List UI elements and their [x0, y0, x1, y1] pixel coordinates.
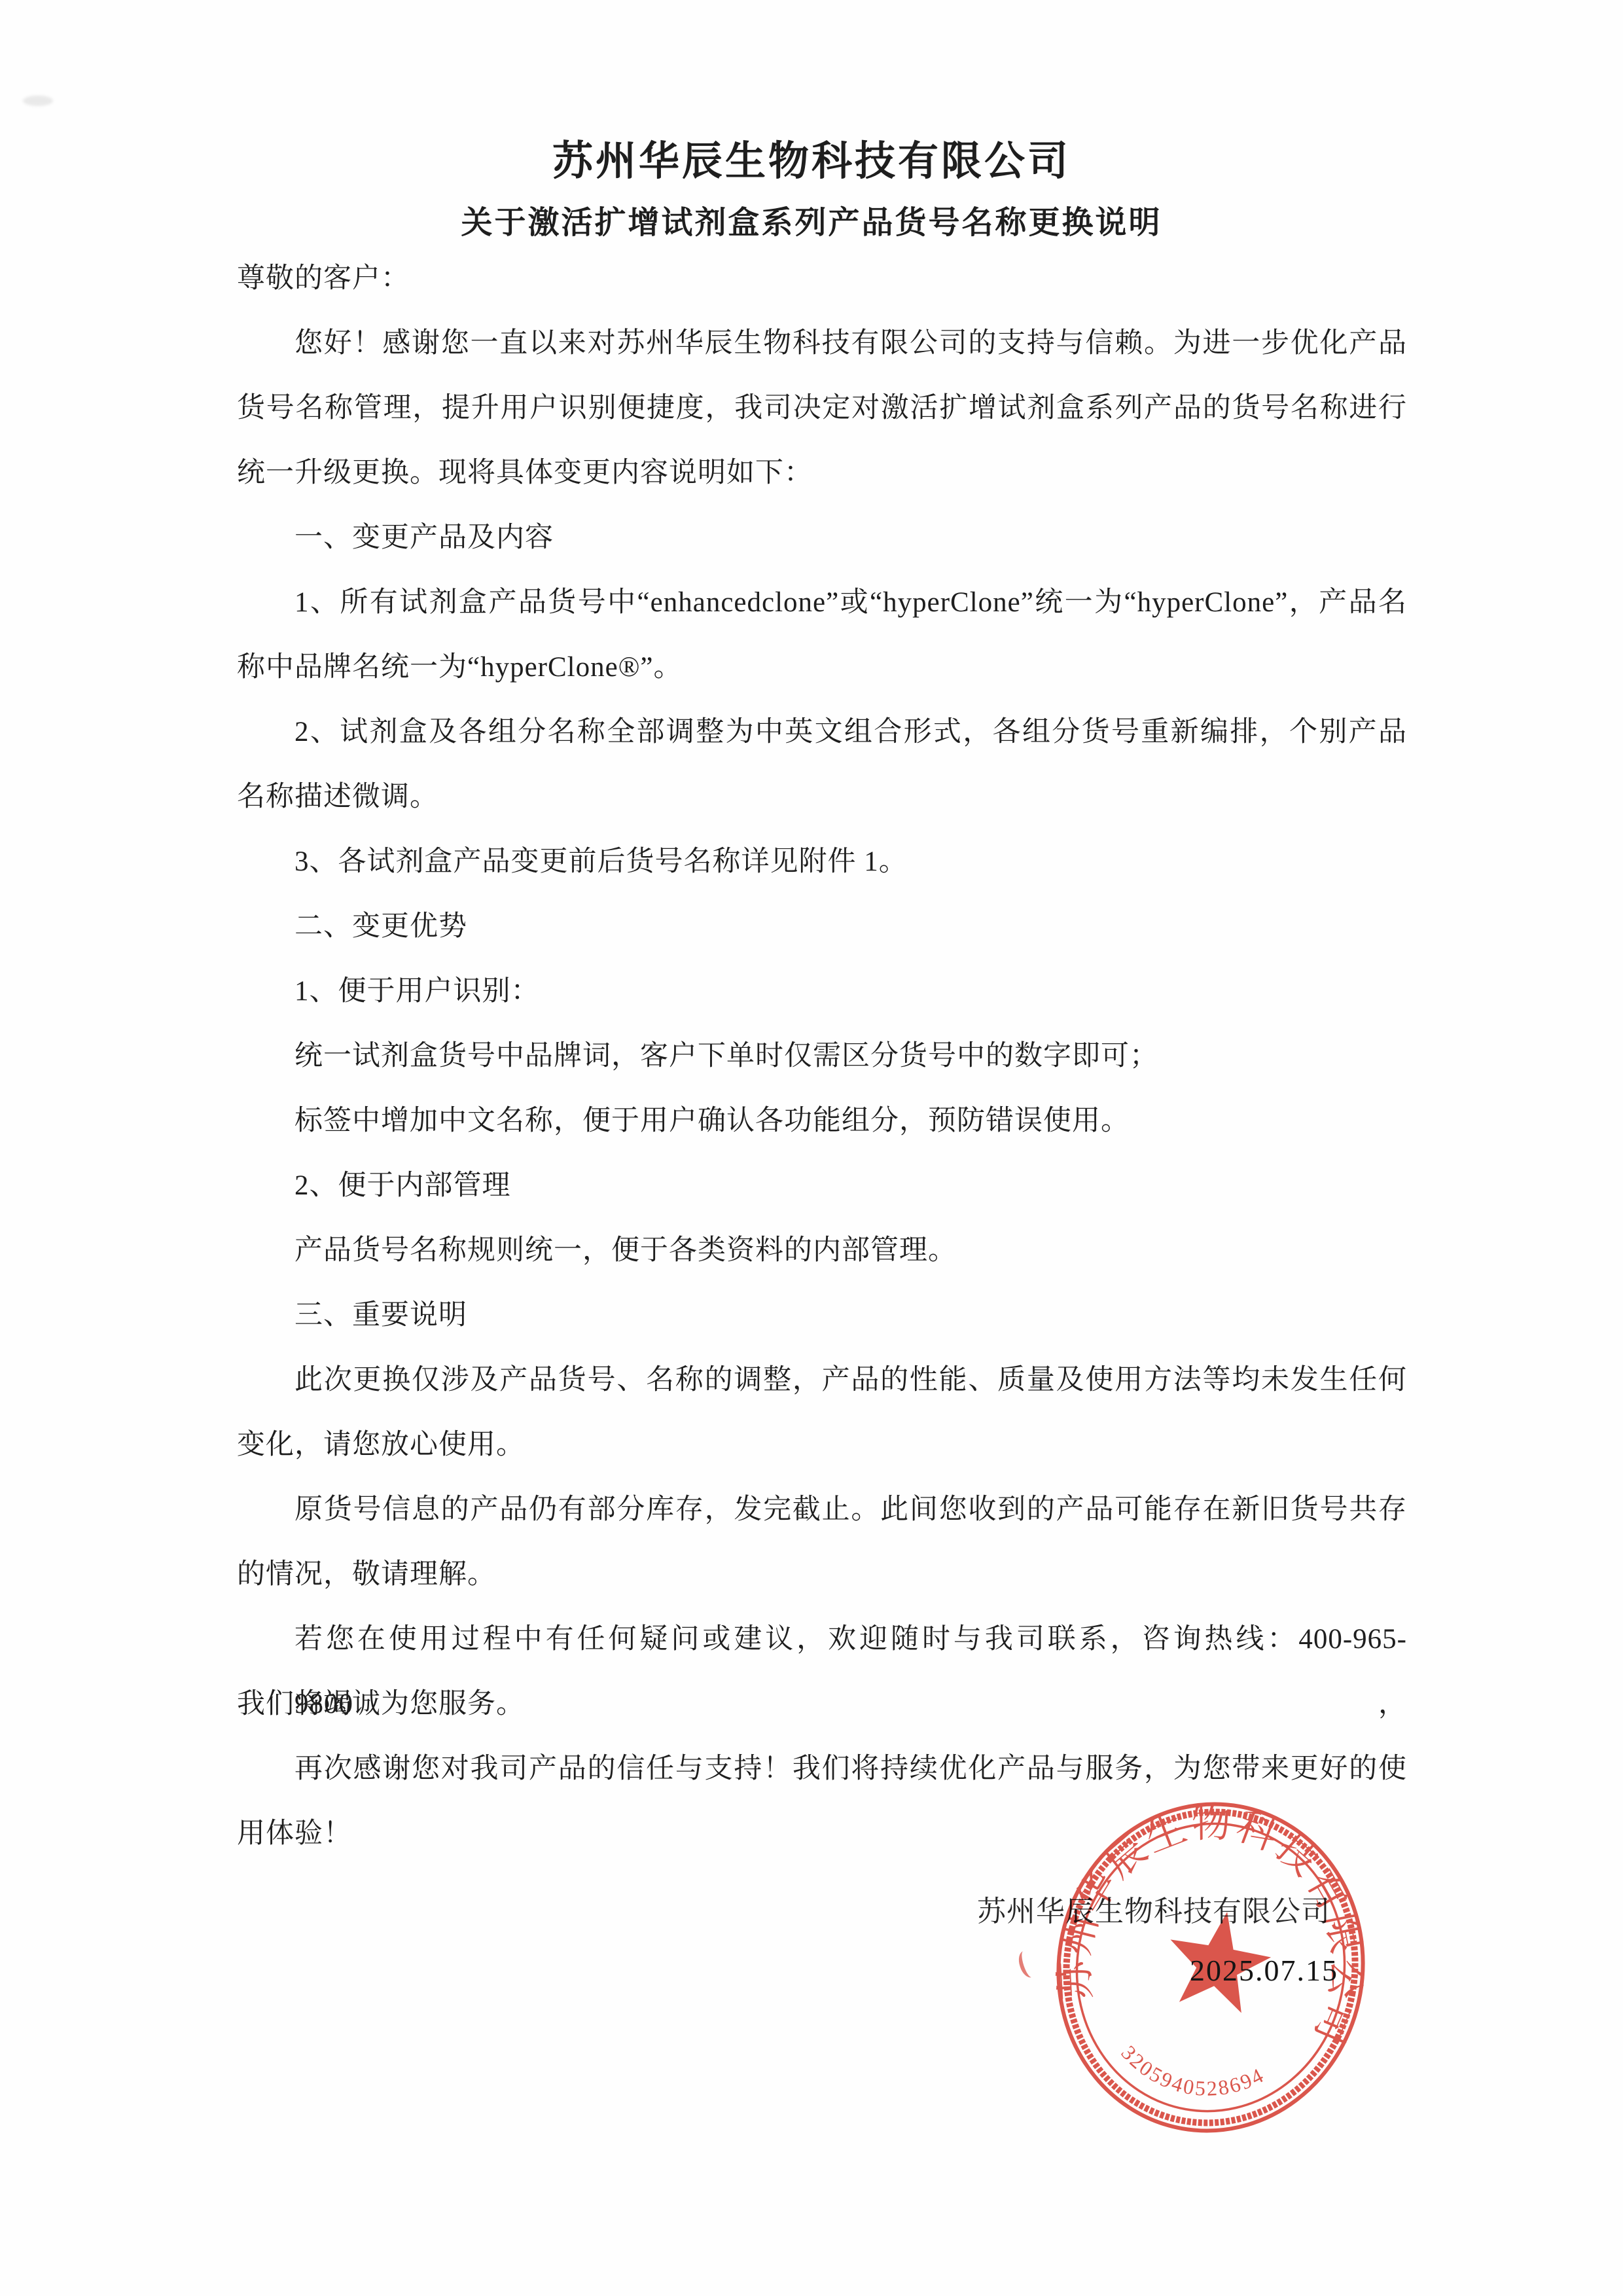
body-line: 统一试剂盒货号中品牌词，客户下单时仅需区分货号中的数字即可； [237, 1024, 1407, 1088]
seal-company-arc-text: 苏州华辰生物科技有限公司 [1045, 1776, 1395, 2054]
body-line: 称中品牌名统一为“hyperClone®”。 [237, 635, 1407, 700]
salutation-line: 尊敬的客户： [237, 246, 1407, 311]
body-line: 您好！感谢您一直以来对苏州华辰生物科技有限公司的支持与信赖。为进一步优化产品 [237, 311, 1407, 376]
body-line: 变化，请您放心使用。 [237, 1412, 1407, 1477]
document-page: 苏州华辰生物科技有限公司 关于激活扩增试剂盒系列产品货号名称更换说明 尊敬的客户… [0, 0, 1623, 2296]
body-line: 1、所有试剂盒产品货号中“enhancedclone”或“hyperClone”… [237, 570, 1407, 635]
seal-code-arc-text: 3205940528694 [1112, 2038, 1272, 2111]
body-line: 标签中增加中文名称，便于用户确认各功能组分，预防错误使用。 [237, 1088, 1407, 1153]
body-line: 若您在使用过程中有任何疑问或建议，欢迎随时与我司联系，咨询热线：400-965-… [237, 1607, 1407, 1672]
body-line: 统一升级更换。现将具体变更内容说明如下： [237, 440, 1407, 505]
body-line: 原货号信息的产品仍有部分库存，发完截止。此间您收到的产品可能存在新旧货号共存 [237, 1477, 1407, 1542]
body-line: 2、试剂盒及各组分名称全部调整为中英文组合形式，各组分货号重新编排，个别产品 [237, 700, 1407, 764]
body-line: 3、各试剂盒产品变更前后货号名称详见附件 1。 [237, 829, 1407, 894]
body-line: 1、便于用户识别： [237, 959, 1407, 1024]
page-title: 苏州华辰生物科技有限公司 [0, 128, 1623, 187]
body-line: 货号名称管理，提升用户识别便捷度，我司决定对激活扩增试剂盒系列产品的货号名称进行 [237, 376, 1407, 440]
section-heading: 一、变更产品及内容 [237, 505, 1407, 570]
page-subtitle: 关于激活扩增试剂盒系列产品货号名称更换说明 [0, 197, 1623, 242]
section-heading: 二、变更优势 [237, 894, 1407, 959]
scan-speck [23, 96, 53, 106]
body-line: 此次更换仅涉及产品货号、名称的调整，产品的性能、质量及使用方法等均未发生任何 [237, 1348, 1407, 1412]
section-heading: 三、重要说明 [237, 1283, 1407, 1348]
body-line: 2、便于内部管理 [237, 1153, 1407, 1218]
body-line: 名称描述微调。 [237, 764, 1407, 829]
body-line: 产品货号名称规则统一，便于各类资料的内部管理。 [237, 1218, 1407, 1283]
letter-body: 尊敬的客户： 您好！感谢您一直以来对苏州华辰生物科技有限公司的支持与信赖。为进一… [237, 246, 1407, 1866]
seal-date: 2025.07.15 [1190, 1953, 1338, 1988]
body-line: 的情况，敬请理解。 [237, 1542, 1407, 1607]
